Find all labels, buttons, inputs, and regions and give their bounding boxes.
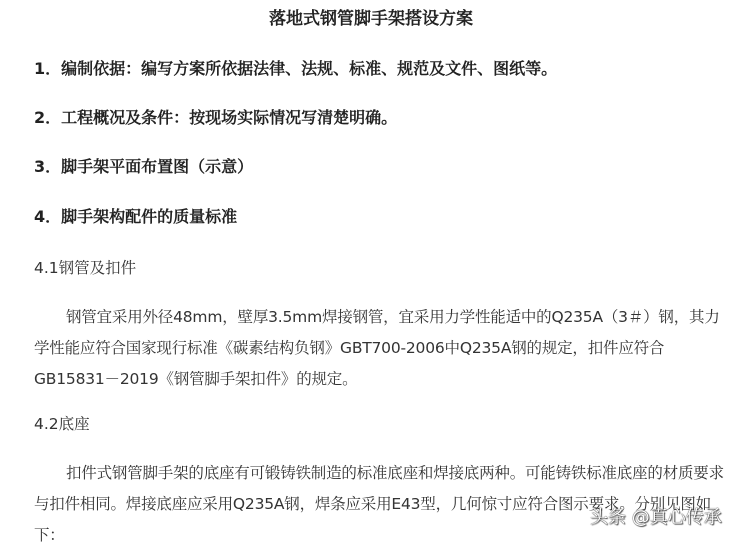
section-heading-1: 1．编制依据：编写方案所依据法律、法规、标准、规范及文件、图纸等。 [34, 57, 557, 81]
subsection-heading-4-2: 4.2底座 [34, 412, 90, 436]
section-heading-3: 3．脚手架平面布置图（示意） [34, 155, 253, 179]
watermark-text: 头条 @真心传承 [590, 507, 722, 529]
section-heading-2: 2．工程概况及条件：按现场实际情况写清楚明确。 [34, 106, 397, 130]
subsection-body-4-1: 钢管宜采用外径48mm，壁厚3.5mm焊接钢管，宜采用力学性能适中的Q235A（… [34, 302, 724, 395]
section-heading-4: 4．脚手架构配件的质量标准 [34, 205, 237, 229]
document-title: 落地式钢管脚手架搭设方案 [0, 7, 742, 31]
subsection-body-4-2: 扣件式钢管脚手架的底座有可锻铸铁制造的标准底座和焊接底两种。可能铸铁标准底座的材… [34, 458, 724, 544]
subsection-heading-4-1: 4.1钢管及扣件 [34, 256, 136, 280]
